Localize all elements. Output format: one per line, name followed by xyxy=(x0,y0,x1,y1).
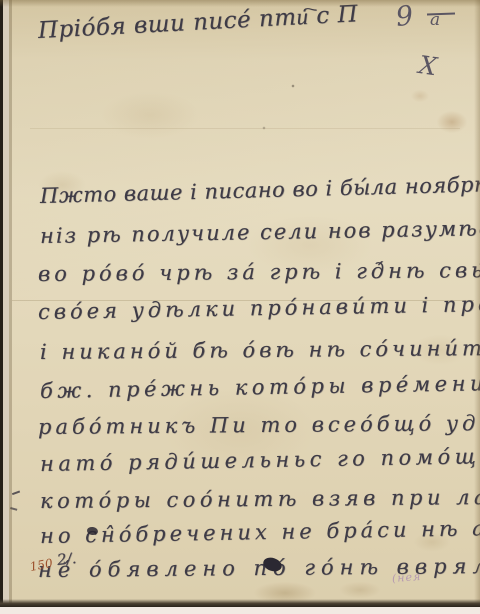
handwritten-line: бж. пре́жнь кото́ры вре́мени о́т в xyxy=(40,370,480,404)
handwritten-line: но сн̂о́бречених не бра́си нѣ али xyxy=(40,516,480,550)
handwritten-line: ніз рѣ получиле сели нов разумѣв что xyxy=(40,215,480,249)
backing-strip-bottom xyxy=(0,607,480,614)
manuscript-page: Пріо́бя вши писе́ пти҇ с П 9 а Х Пжто ва… xyxy=(0,0,480,614)
handwritten-line: Пжто ваше і писано во і бы́ла ноябрѣ нав… xyxy=(40,170,480,209)
handwritten-line: кото́ры соо́нитѣ взяв при ла́че xyxy=(40,485,480,514)
handwritten-header-line: Пріо́бя вши писе́ пти҇ с П xyxy=(37,1,358,45)
handwritten-line: рабо́тникъ Пи то всео́бщо́ удѣло́м xyxy=(38,410,480,440)
collation-x-mark: Х xyxy=(417,50,439,82)
folio-letter-overline xyxy=(427,13,455,16)
scan-edge-top xyxy=(0,0,480,7)
scan-edge-left-shadow xyxy=(9,0,12,607)
handwritten-line: во ро́во́ чрѣ за́ грѣ і гд́нѣ свы́ши xyxy=(38,258,480,288)
handwritten-line: і никано́й бѣ о́вѣ нѣ со́чини́ти нѣ xyxy=(40,336,480,366)
paper-crease xyxy=(30,128,460,129)
handwritten-line: сво́ея удѣлки про́нави́ти і про́чжи xyxy=(38,291,480,325)
handwritten-line: нато́ ряди́шельньс го помо́щи xyxy=(40,444,480,477)
archival-mark: 2/. xyxy=(56,549,77,569)
archive-stamp-text: (нея xyxy=(392,570,422,585)
scan-edge-right xyxy=(474,0,480,607)
page-bottom-shadow xyxy=(0,599,480,607)
